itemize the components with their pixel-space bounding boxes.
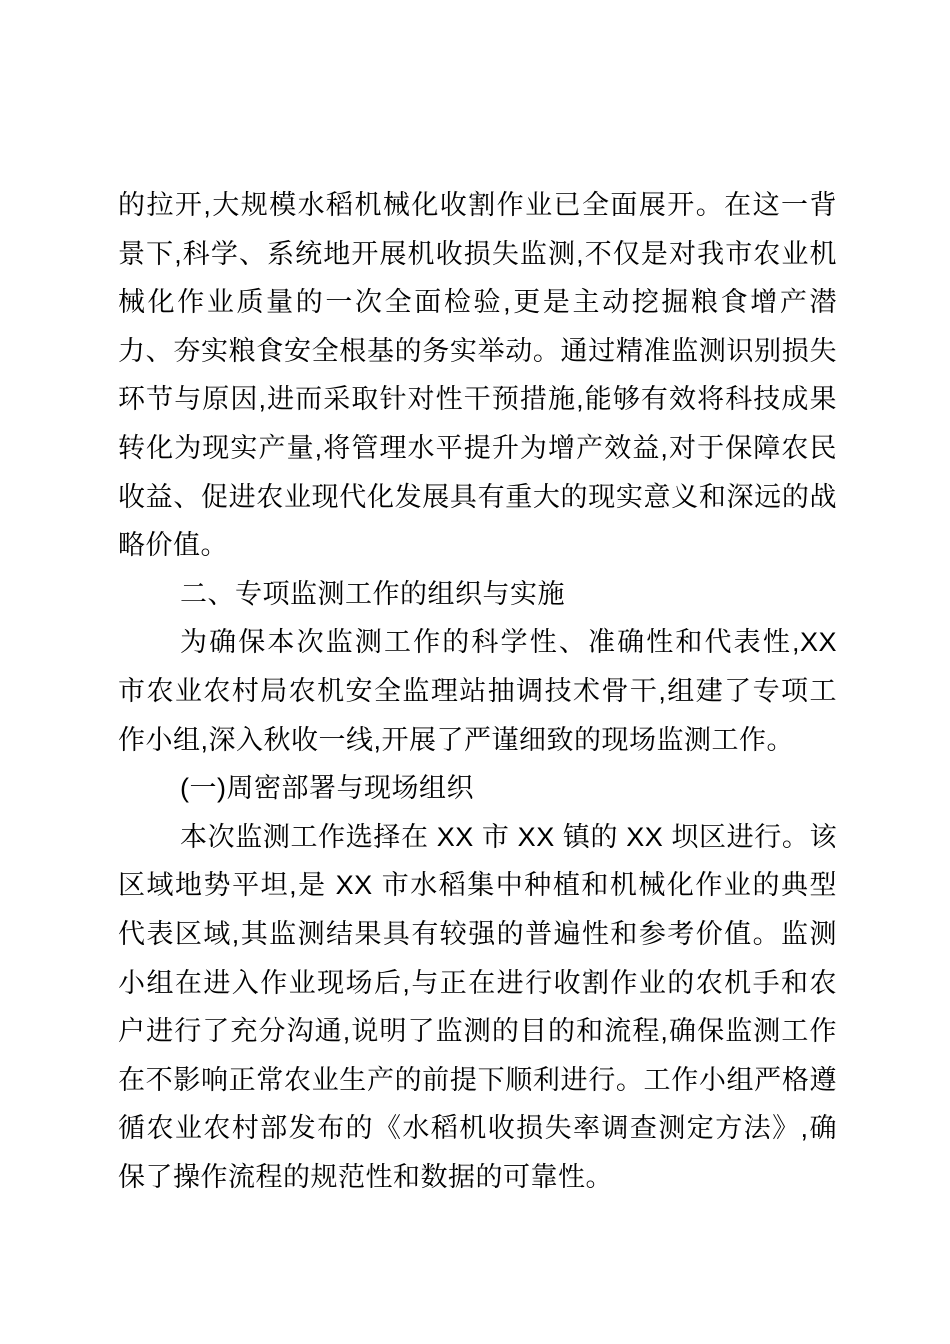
paragraph-continuation: 的拉开,大规模水稻机械化收割作业已全面展开。在这一背景下,科学、系统地开展机收损… bbox=[118, 181, 837, 570]
document-text-block: 的拉开,大规模水稻机械化收割作业已全面展开。在这一背景下,科学、系统地开展机收损… bbox=[118, 181, 837, 1201]
subsection-heading: (一)周密部署与现场组织 bbox=[118, 764, 837, 813]
document-page: 的拉开,大规模水稻机械化收割作业已全面展开。在这一背景下,科学、系统地开展机收损… bbox=[0, 0, 950, 1344]
section-heading: 二、专项监测工作的组织与实施 bbox=[118, 570, 837, 619]
paragraph: 本次监测工作选择在 XX 市 XX 镇的 XX 坝区进行。该区域地势平坦,是 X… bbox=[118, 813, 837, 1202]
paragraph: 为确保本次监测工作的科学性、准确性和代表性,XX 市农业农村局农机安全监理站抽调… bbox=[118, 618, 837, 764]
